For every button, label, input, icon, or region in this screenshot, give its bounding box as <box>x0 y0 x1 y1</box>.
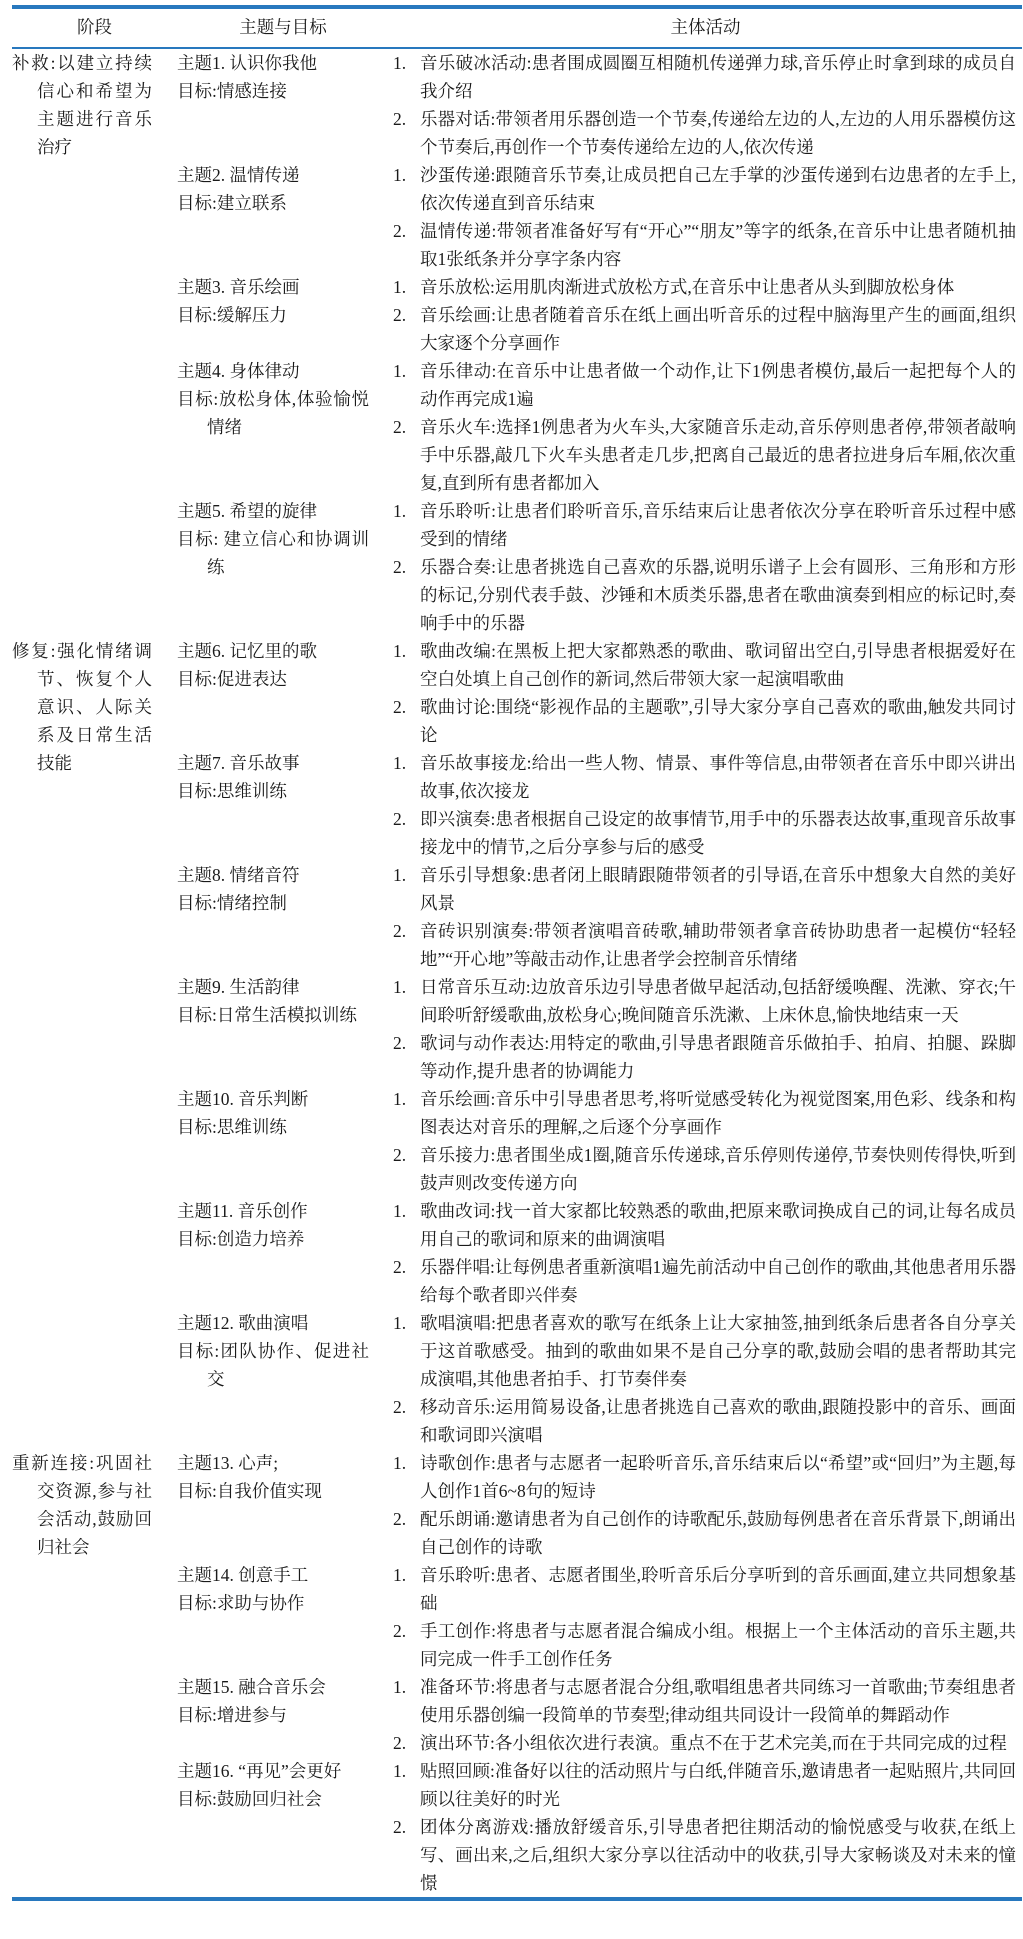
activities-cell: 音乐聆听:患者、志愿者围坐,聆听音乐后分享听到的音乐画面,建立共同想象基础手工创… <box>389 1561 1022 1673</box>
theme-cell: 主题11. 音乐创作目标:创造力培养 <box>177 1197 389 1309</box>
activity-item: 音乐故事接龙:给出一些人物、情景、事件等信息,由带领者在音乐中即兴讲出故事,依次… <box>393 749 1016 805</box>
theme-title: 主题2. 温情传递 <box>177 161 383 189</box>
theme-title: 主题13. 心声; <box>177 1449 383 1477</box>
theme-goal: 目标:情绪控制 <box>177 889 369 917</box>
activities-list: 音乐引导想象:患者闭上眼睛跟随带领者的引导语,在音乐中想象大自然的美好风景音砖识… <box>393 861 1016 973</box>
activity-item: 音砖识别演奏:带领者演唱音砖歌,辅助带领者拿音砖协助患者一起模仿“轻轻地”“开心… <box>393 917 1016 973</box>
activities-list: 歌唱演唱:把患者喜欢的歌写在纸条上让大家抽签,抽到纸条后患者各自分享关于这首歌感… <box>393 1309 1016 1449</box>
theme-title: 主题7. 音乐故事 <box>177 749 383 777</box>
activity-item: 音乐绘画:让患者随着音乐在纸上画出听音乐的过程中脑海里产生的画面,组织大家逐个分… <box>393 301 1016 357</box>
theme-title: 主题16. “再见”会更好 <box>177 1757 383 1785</box>
theme-goal: 目标:放松身体,体验愉悦情绪 <box>177 385 369 441</box>
activities-cell: 沙蛋传递:跟随音乐节奏,让成员把自己左手掌的沙蛋传递到右边患者的左手上,依次传递… <box>389 161 1022 273</box>
activities-list: 沙蛋传递:跟随音乐节奏,让成员把自己左手掌的沙蛋传递到右边患者的左手上,依次传递… <box>393 161 1016 273</box>
activity-item: 音乐放松:运用肌肉渐进式放松方式,在音乐中让患者从头到脚放松身体 <box>393 273 1016 301</box>
header-row: 阶段 主题与目标 主体活动 <box>12 7 1022 48</box>
stage-cell: 修复:强化情绪调节、恢复个人意识、人际关系及日常生活技能 <box>12 637 177 1449</box>
activities-cell: 音乐聆听:让患者们聆听音乐,音乐结束后让患者依次分享在聆听音乐过程中感受到的情绪… <box>389 497 1022 637</box>
activities-cell: 歌唱演唱:把患者喜欢的歌写在纸条上让大家抽签,抽到纸条后患者各自分享关于这首歌感… <box>389 1309 1022 1449</box>
theme-title: 主题1. 认识你我他 <box>177 49 383 77</box>
theme-goal: 目标:思维训练 <box>177 777 369 805</box>
theme-cell: 主题16. “再见”会更好目标:鼓励回归社会 <box>177 1757 389 1899</box>
theme-cell: 主题9. 生活韵律目标:日常生活模拟训练 <box>177 973 389 1085</box>
table-body: 补救:以建立持续信心和希望为主题进行音乐治疗主题1. 认识你我他目标:情感连接音… <box>12 48 1022 1899</box>
activity-item: 歌曲改编:在黑板上把大家都熟悉的歌曲、歌词留出空白,引导患者根据爱好在空白处填上… <box>393 637 1016 693</box>
theme-cell: 主题4. 身体律动目标:放松身体,体验愉悦情绪 <box>177 357 389 497</box>
activities-cell: 音乐绘画:音乐中引导患者思考,将听觉感受转化为视觉图案,用色彩、线条和构图表达对… <box>389 1085 1022 1197</box>
activity-item: 乐器伴唱:让每例患者重新演唱1遍先前活动中自己创作的歌曲,其他患者用乐器给每个歌… <box>393 1253 1016 1309</box>
activities-list: 诗歌创作:患者与志愿者一起聆听音乐,音乐结束后以“希望”或“回归”为主题,每人创… <box>393 1449 1016 1561</box>
activities-list: 歌曲改编:在黑板上把大家都熟悉的歌曲、歌词留出空白,引导患者根据爱好在空白处填上… <box>393 637 1016 749</box>
table-header: 阶段 主题与目标 主体活动 <box>12 7 1022 48</box>
theme-title: 主题14. 创意手工 <box>177 1561 383 1589</box>
therapy-program-table: 阶段 主题与目标 主体活动 补救:以建立持续信心和希望为主题进行音乐治疗主题1.… <box>12 5 1022 1901</box>
theme-title: 主题12. 歌曲演唱 <box>177 1309 383 1337</box>
theme-row: 重新连接:巩固社交资源,参与社会活动,鼓励回归社会主题13. 心声;目标:自我价… <box>12 1449 1022 1561</box>
stage-cell: 补救:以建立持续信心和希望为主题进行音乐治疗 <box>12 48 177 637</box>
col-header-stage: 阶段 <box>12 7 177 48</box>
activity-item: 音乐破冰活动:患者围成圆圈互相随机传递弹力球,音乐停止时拿到球的成员自我介绍 <box>393 49 1016 105</box>
activities-list: 音乐聆听:让患者们聆听音乐,音乐结束后让患者依次分享在聆听音乐过程中感受到的情绪… <box>393 497 1016 637</box>
activities-cell: 准备环节:将患者与志愿者混合分组,歌唱组患者共同练习一首歌曲;节奏组患者使用乐器… <box>389 1673 1022 1757</box>
activities-cell: 音乐故事接龙:给出一些人物、情景、事件等信息,由带领者在音乐中即兴讲出故事,依次… <box>389 749 1022 861</box>
theme-cell: 主题3. 音乐绘画目标:缓解压力 <box>177 273 389 357</box>
activities-cell: 歌曲改编:在黑板上把大家都熟悉的歌曲、歌词留出空白,引导患者根据爱好在空白处填上… <box>389 637 1022 749</box>
activity-item: 音乐聆听:患者、志愿者围坐,聆听音乐后分享听到的音乐画面,建立共同想象基础 <box>393 1561 1016 1617</box>
stage-label: 重新连接:巩固社交资源,参与社会活动,鼓励回归社会 <box>12 1449 152 1561</box>
activity-item: 诗歌创作:患者与志愿者一起聆听音乐,音乐结束后以“希望”或“回归”为主题,每人创… <box>393 1449 1016 1505</box>
activity-item: 歌唱演唱:把患者喜欢的歌写在纸条上让大家抽签,抽到纸条后患者各自分享关于这首歌感… <box>393 1309 1016 1393</box>
theme-cell: 主题1. 认识你我他目标:情感连接 <box>177 48 389 161</box>
theme-title: 主题8. 情绪音符 <box>177 861 383 889</box>
theme-cell: 主题14. 创意手工目标:求助与协作 <box>177 1561 389 1673</box>
activities-list: 日常音乐互动:边放音乐边引导患者做早起活动,包括舒缓唤醒、洗漱、穿衣;午间聆听舒… <box>393 973 1016 1085</box>
theme-goal: 目标:自我价值实现 <box>177 1477 369 1505</box>
activities-list: 音乐聆听:患者、志愿者围坐,聆听音乐后分享听到的音乐画面,建立共同想象基础手工创… <box>393 1561 1016 1673</box>
theme-title: 主题10. 音乐判断 <box>177 1085 383 1113</box>
activity-item: 配乐朗诵:邀请患者为自己创作的诗歌配乐,鼓励每例患者在音乐背景下,朗诵出自己创作… <box>393 1505 1016 1561</box>
activities-list: 贴照回顾:准备好以往的活动照片与白纸,伴随音乐,邀请患者一起贴照片,共同回顾以往… <box>393 1757 1016 1897</box>
theme-goal: 目标:团队协作、促进社交 <box>177 1337 369 1393</box>
theme-title: 主题15. 融合音乐会 <box>177 1673 383 1701</box>
theme-goal: 目标:缓解压力 <box>177 301 369 329</box>
activity-item: 歌词与动作表达:用特定的歌曲,引导患者跟随音乐做拍手、拍肩、拍腿、跺脚等动作,提… <box>393 1029 1016 1085</box>
activity-item: 沙蛋传递:跟随音乐节奏,让成员把自己左手掌的沙蛋传递到右边患者的左手上,依次传递… <box>393 161 1016 217</box>
theme-title: 主题3. 音乐绘画 <box>177 273 383 301</box>
activities-list: 音乐放松:运用肌肉渐进式放松方式,在音乐中让患者从头到脚放松身体音乐绘画:让患者… <box>393 273 1016 357</box>
activities-cell: 歌曲改词:找一首大家都比较熟悉的歌曲,把原来歌词换成自己的词,让每名成员用自己的… <box>389 1197 1022 1309</box>
theme-row: 补救:以建立持续信心和希望为主题进行音乐治疗主题1. 认识你我他目标:情感连接音… <box>12 48 1022 161</box>
activity-item: 即兴演奏:患者根据自己设定的故事情节,用手中的乐器表达故事,重现音乐故事接龙中的… <box>393 805 1016 861</box>
activities-list: 音乐破冰活动:患者围成圆圈互相随机传递弹力球,音乐停止时拿到球的成员自我介绍乐器… <box>393 49 1016 161</box>
activity-item: 歌曲讨论:围绕“影视作品的主题歌”,引导大家分享自己喜欢的歌曲,触发共同讨论 <box>393 693 1016 749</box>
activity-item: 手工创作:将患者与志愿者混合编成小组。根据上一个主体活动的音乐主题,共同完成一件… <box>393 1617 1016 1673</box>
activity-item: 乐器对话:带领者用乐器创造一个节奏,传递给左边的人,左边的人用乐器模仿这个节奏后… <box>393 105 1016 161</box>
theme-goal: 目标:创造力培养 <box>177 1225 369 1253</box>
theme-goal: 目标: 建立信心和协调训练 <box>177 525 369 581</box>
activities-cell: 音乐破冰活动:患者围成圆圈互相随机传递弹力球,音乐停止时拿到球的成员自我介绍乐器… <box>389 48 1022 161</box>
theme-cell: 主题6. 记忆里的歌目标:促进表达 <box>177 637 389 749</box>
activities-cell: 音乐放松:运用肌肉渐进式放松方式,在音乐中让患者从头到脚放松身体音乐绘画:让患者… <box>389 273 1022 357</box>
theme-title: 主题5. 希望的旋律 <box>177 497 383 525</box>
activity-item: 音乐引导想象:患者闭上眼睛跟随带领者的引导语,在音乐中想象大自然的美好风景 <box>393 861 1016 917</box>
theme-title: 主题9. 生活韵律 <box>177 973 383 1001</box>
activities-cell: 贴照回顾:准备好以往的活动照片与白纸,伴随音乐,邀请患者一起贴照片,共同回顾以往… <box>389 1757 1022 1899</box>
activity-item: 移动音乐:运用简易设备,让患者挑选自己喜欢的歌曲,跟随投影中的音乐、画面和歌词即… <box>393 1393 1016 1449</box>
activities-list: 音乐绘画:音乐中引导患者思考,将听觉感受转化为视觉图案,用色彩、线条和构图表达对… <box>393 1085 1016 1197</box>
activity-item: 音乐律动:在音乐中让患者做一个动作,让下1例患者模仿,最后一起把每个人的动作再完… <box>393 357 1016 413</box>
theme-title: 主题11. 音乐创作 <box>177 1197 383 1225</box>
theme-goal: 目标:思维训练 <box>177 1113 369 1141</box>
paper-table-page: 阶段 主题与目标 主体活动 补救:以建立持续信心和希望为主题进行音乐治疗主题1.… <box>0 0 1023 1901</box>
col-header-activity: 主体活动 <box>389 7 1022 48</box>
activities-cell: 日常音乐互动:边放音乐边引导患者做早起活动,包括舒缓唤醒、洗漱、穿衣;午间聆听舒… <box>389 973 1022 1085</box>
theme-goal: 目标:增进参与 <box>177 1701 369 1729</box>
activity-item: 演出环节:各小组依次进行表演。重点不在于艺术完美,而在于共同完成的过程 <box>393 1729 1016 1757</box>
activities-list: 音乐故事接龙:给出一些人物、情景、事件等信息,由带领者在音乐中即兴讲出故事,依次… <box>393 749 1016 861</box>
theme-cell: 主题13. 心声;目标:自我价值实现 <box>177 1449 389 1561</box>
theme-cell: 主题12. 歌曲演唱目标:团队协作、促进社交 <box>177 1309 389 1449</box>
activities-list: 准备环节:将患者与志愿者混合分组,歌唱组患者共同练习一首歌曲;节奏组患者使用乐器… <box>393 1673 1016 1757</box>
activities-list: 音乐律动:在音乐中让患者做一个动作,让下1例患者模仿,最后一起把每个人的动作再完… <box>393 357 1016 497</box>
activity-item: 音乐接力:患者围坐成1圈,随音乐传递球,音乐停则传递停,节奏快则传得快,听到鼓声… <box>393 1141 1016 1197</box>
activities-cell: 诗歌创作:患者与志愿者一起聆听音乐,音乐结束后以“希望”或“回归”为主题,每人创… <box>389 1449 1022 1561</box>
activities-cell: 音乐引导想象:患者闭上眼睛跟随带领者的引导语,在音乐中想象大自然的美好风景音砖识… <box>389 861 1022 973</box>
activity-item: 音乐火车:选择1例患者为火车头,大家随音乐走动,音乐停则患者停,带领者敲响手中乐… <box>393 413 1016 497</box>
activity-item: 乐器合奏:让患者挑选自己喜欢的乐器,说明乐谱子上会有圆形、三角形和方形的标记,分… <box>393 553 1016 637</box>
stage-label: 修复:强化情绪调节、恢复个人意识、人际关系及日常生活技能 <box>12 637 152 777</box>
theme-cell: 主题2. 温情传递目标:建立联系 <box>177 161 389 273</box>
stage-cell: 重新连接:巩固社交资源,参与社会活动,鼓励回归社会 <box>12 1449 177 1899</box>
theme-cell: 主题15. 融合音乐会目标:增进参与 <box>177 1673 389 1757</box>
stage-label: 补救:以建立持续信心和希望为主题进行音乐治疗 <box>12 49 152 161</box>
theme-goal: 目标:鼓励回归社会 <box>177 1785 369 1813</box>
theme-goal: 目标:日常生活模拟训练 <box>177 1001 369 1029</box>
theme-goal: 目标:建立联系 <box>177 189 369 217</box>
activity-item: 团体分离游戏:播放舒缓音乐,引导患者把往期活动的愉悦感受与收获,在纸上写、画出来… <box>393 1813 1016 1897</box>
theme-goal: 目标:求助与协作 <box>177 1589 369 1617</box>
activity-item: 日常音乐互动:边放音乐边引导患者做早起活动,包括舒缓唤醒、洗漱、穿衣;午间聆听舒… <box>393 973 1016 1029</box>
theme-cell: 主题7. 音乐故事目标:思维训练 <box>177 749 389 861</box>
activity-item: 温情传递:带领者准备好写有“开心”“朋友”等字的纸条,在音乐中让患者随机抽取1张… <box>393 217 1016 273</box>
theme-row: 修复:强化情绪调节、恢复个人意识、人际关系及日常生活技能主题6. 记忆里的歌目标… <box>12 637 1022 749</box>
theme-cell: 主题5. 希望的旋律目标: 建立信心和协调训练 <box>177 497 389 637</box>
theme-cell: 主题8. 情绪音符目标:情绪控制 <box>177 861 389 973</box>
col-header-theme: 主题与目标 <box>177 7 389 48</box>
activities-list: 歌曲改词:找一首大家都比较熟悉的歌曲,把原来歌词换成自己的词,让每名成员用自己的… <box>393 1197 1016 1309</box>
theme-cell: 主题10. 音乐判断目标:思维训练 <box>177 1085 389 1197</box>
activities-cell: 音乐律动:在音乐中让患者做一个动作,让下1例患者模仿,最后一起把每个人的动作再完… <box>389 357 1022 497</box>
activity-item: 歌曲改词:找一首大家都比较熟悉的歌曲,把原来歌词换成自己的词,让每名成员用自己的… <box>393 1197 1016 1253</box>
theme-goal: 目标:情感连接 <box>177 77 369 105</box>
theme-title: 主题6. 记忆里的歌 <box>177 637 383 665</box>
activity-item: 音乐聆听:让患者们聆听音乐,音乐结束后让患者依次分享在聆听音乐过程中感受到的情绪 <box>393 497 1016 553</box>
activity-item: 准备环节:将患者与志愿者混合分组,歌唱组患者共同练习一首歌曲;节奏组患者使用乐器… <box>393 1673 1016 1729</box>
theme-goal: 目标:促进表达 <box>177 665 369 693</box>
activity-item: 音乐绘画:音乐中引导患者思考,将听觉感受转化为视觉图案,用色彩、线条和构图表达对… <box>393 1085 1016 1141</box>
theme-title: 主题4. 身体律动 <box>177 357 383 385</box>
activity-item: 贴照回顾:准备好以往的活动照片与白纸,伴随音乐,邀请患者一起贴照片,共同回顾以往… <box>393 1757 1016 1813</box>
